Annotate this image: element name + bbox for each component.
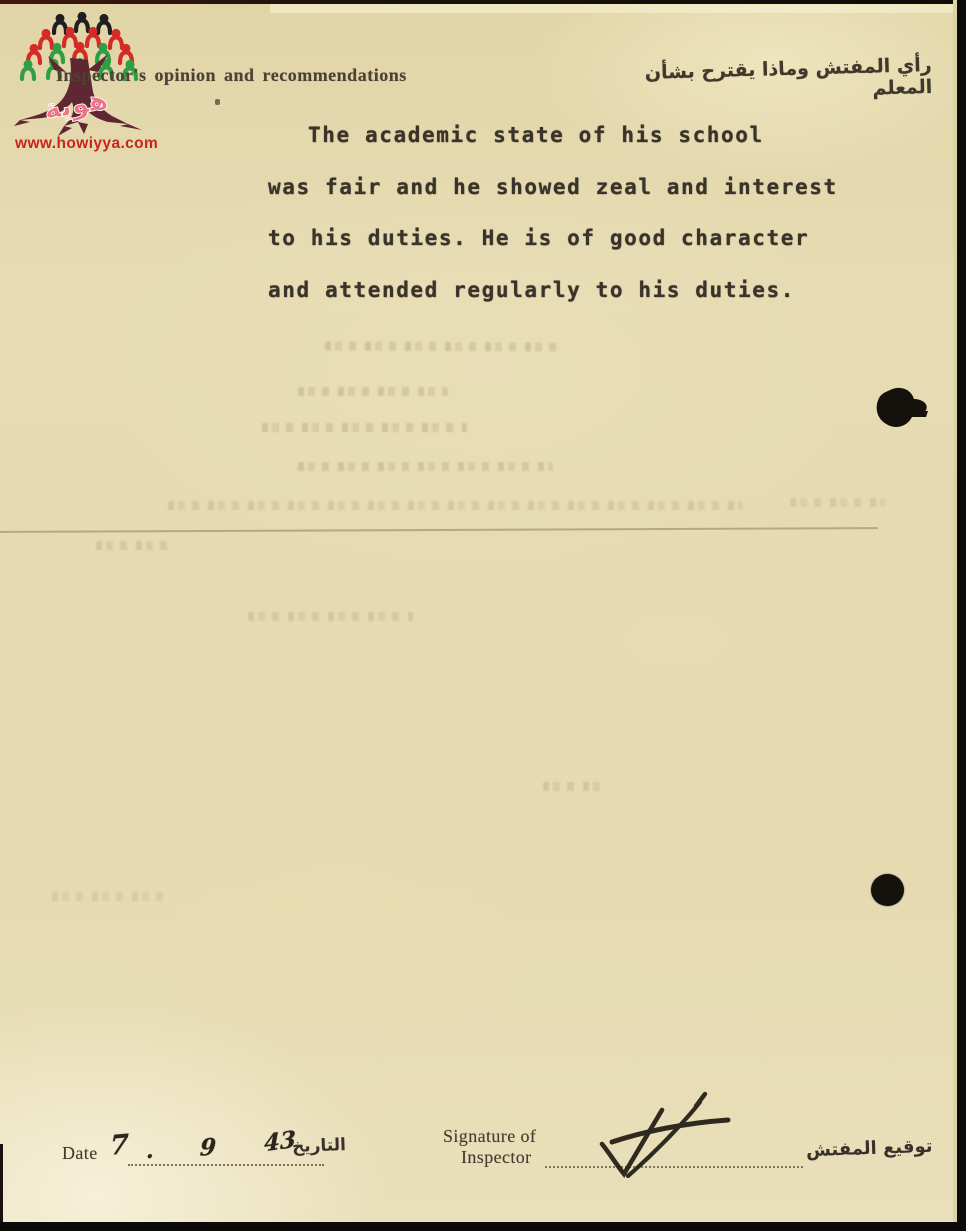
bleedthrough-smudge: [52, 892, 170, 901]
bleedthrough-rule: [0, 527, 878, 532]
bleedthrough-smudge: [325, 341, 560, 351]
form-title-english: Inspector's opinion and recommendations: [56, 65, 456, 86]
handwritten-date-separator: .: [146, 1138, 154, 1164]
remarks-line-2: was fair and he showed zeal and interest: [268, 162, 908, 214]
remarks-line-3: to his duties. He is of good character: [268, 213, 908, 265]
signature-label-arabic: توقيع المفتش: [806, 1136, 933, 1161]
scan-edge-left: [0, 1144, 3, 1222]
watermark-url-text: www.howiyya.com: [15, 135, 175, 153]
bleedthrough-smudge: [790, 498, 885, 507]
scanned-document-page: هوية www.howiyya.com Inspector's opinion…: [0, 0, 966, 1231]
bleedthrough-smudge: [298, 462, 553, 471]
ink-blot-icon: [870, 384, 934, 436]
remarks-line-1: The academic state of his school: [268, 110, 908, 162]
handwritten-date-day: 7: [110, 1129, 129, 1162]
bleedthrough-smudge: [168, 501, 743, 510]
bleedthrough-smudge: [543, 782, 605, 791]
bleedthrough-smudge: [248, 612, 413, 621]
bleedthrough-smudge: [262, 423, 467, 432]
remarks-line-4: and attended regularly to his duties.: [268, 265, 908, 317]
date-label: Date: [62, 1143, 98, 1164]
ink-speck: [215, 99, 220, 105]
inspector-remarks: The academic state of his school was fai…: [268, 110, 908, 316]
handwritten-date-month: 9: [199, 1133, 217, 1161]
inspector-signature-mark: [578, 1090, 754, 1188]
signature-label-line1: Signature of: [443, 1126, 573, 1147]
date-label-arabic: التاريخ: [292, 1135, 347, 1157]
ink-dot-icon: [871, 874, 904, 906]
form-title-arabic: رأي المفتش وماذا يقترح بشأن المعلم: [639, 54, 932, 106]
scan-edge-right: [957, 0, 966, 1231]
scan-edge-bottom: [0, 1222, 966, 1231]
logo-calligraphy-text: هوية: [41, 83, 110, 127]
bleedthrough-smudge: [298, 387, 448, 396]
scan-edge-top-highlight: [270, 4, 960, 13]
bleedthrough-smudge: [96, 541, 176, 550]
